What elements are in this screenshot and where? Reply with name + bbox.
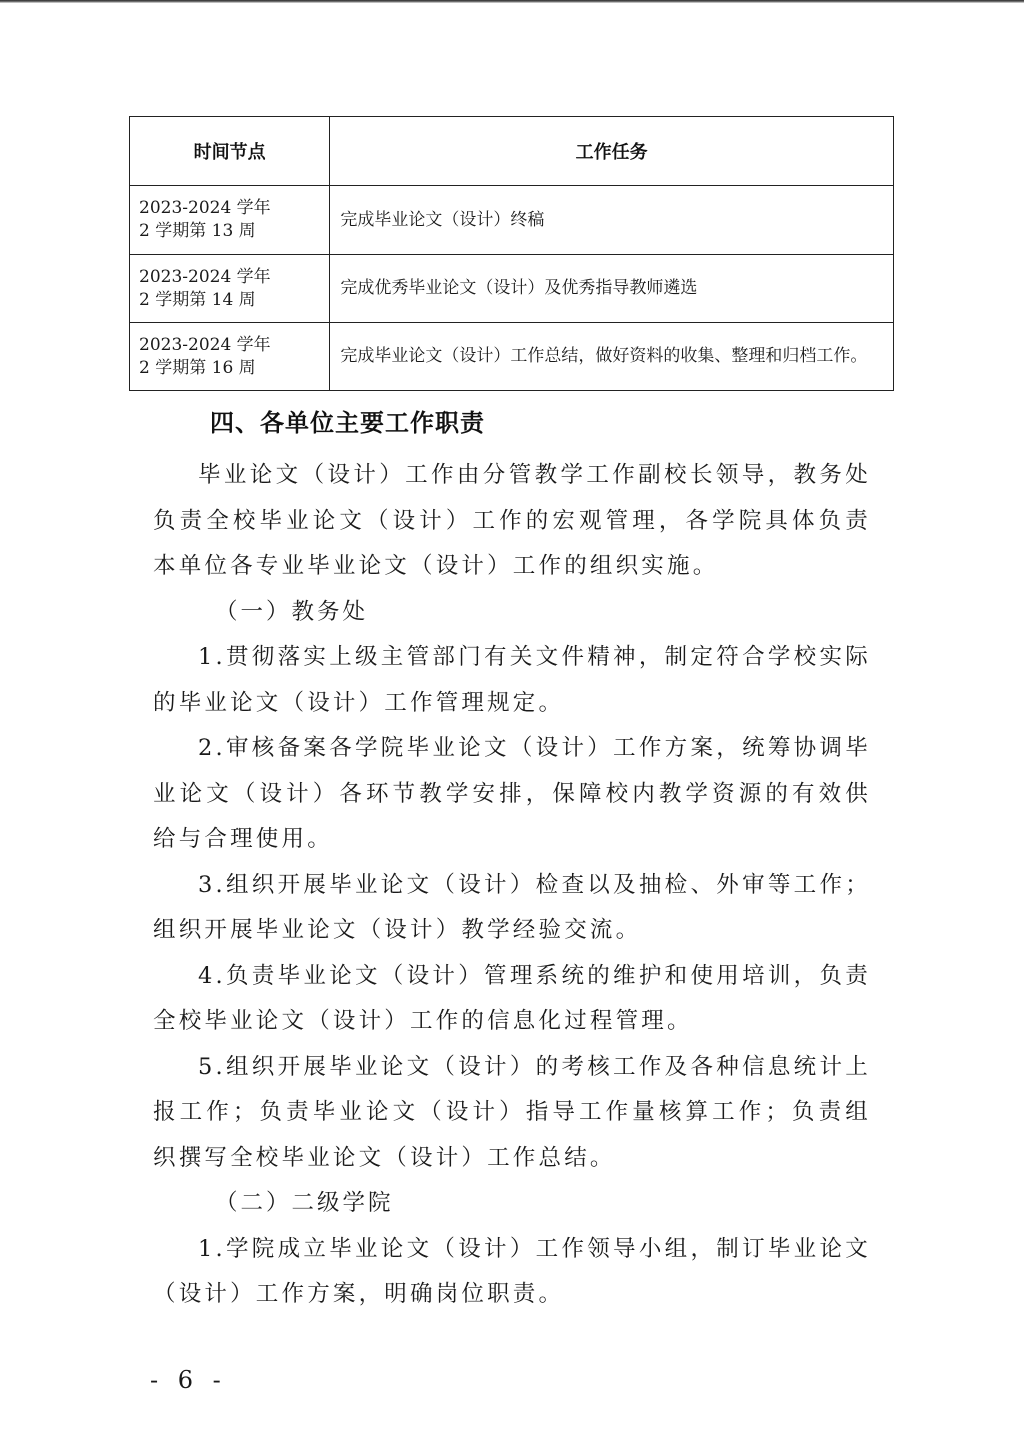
schedule-table: 时间节点 工作任务 2023-2024 学年 2 学期第 13 周 完成毕业论文…: [129, 116, 894, 391]
list-item: 5.组织开展毕业论文（设计）的考核工作及各种信息统计上报工作；负责毕业论文（设计…: [153, 1045, 871, 1182]
time-week: 2 学期第 16 周: [139, 357, 329, 380]
column-header-time: 时间节点: [130, 117, 330, 186]
column-header-task: 工作任务: [330, 117, 894, 186]
time-week: 2 学期第 13 周: [139, 220, 329, 243]
task-cell: 完成毕业论文（设计）终稿: [330, 186, 894, 255]
time-cell: 2023-2024 学年 2 学期第 14 周: [130, 255, 330, 323]
section-body: 毕业论文（设计）工作由分管教学工作副校长领导，教务处负责全校毕业论文（设计）工作…: [153, 453, 871, 1318]
scan-top-edge: [0, 0, 1024, 3]
list-item: 3.组织开展毕业论文（设计）检查以及抽检、外审等工作；组织开展毕业论文（设计）教…: [153, 863, 871, 954]
task-cell: 完成毕业论文（设计）工作总结，做好资料的收集、整理和归档工作。: [330, 323, 894, 391]
task-cell: 完成优秀毕业论文（设计）及优秀指导教师遴选: [330, 255, 894, 323]
subsection-title-academic-affairs: （一）教务处: [153, 590, 871, 636]
time-cell: 2023-2024 学年 2 学期第 16 周: [130, 323, 330, 391]
table-row: 2023-2024 学年 2 学期第 16 周 完成毕业论文（设计）工作总结，做…: [130, 323, 894, 391]
time-week: 2 学期第 14 周: [139, 289, 329, 312]
list-item: 1.学院成立毕业论文（设计）工作领导小组，制订毕业论文（设计）工作方案，明确岗位…: [153, 1227, 871, 1318]
section-heading: 四、各单位主要工作职责: [210, 403, 485, 438]
time-year: 2023-2024 学年: [139, 197, 329, 220]
list-item: 4.负责毕业论文（设计）管理系统的维护和使用培训，负责全校毕业论文（设计）工作的…: [153, 954, 871, 1045]
list-item: 2.审核备案各学院毕业论文（设计）工作方案，统筹协调毕业论文（设计）各环节教学安…: [153, 726, 871, 863]
table-row: 2023-2024 学年 2 学期第 13 周 完成毕业论文（设计）终稿: [130, 186, 894, 255]
table-row: 2023-2024 学年 2 学期第 14 周 完成优秀毕业论文（设计）及优秀指…: [130, 255, 894, 323]
time-year: 2023-2024 学年: [139, 334, 329, 357]
time-cell: 2023-2024 学年 2 学期第 13 周: [130, 186, 330, 255]
subsection-title-colleges: （二）二级学院: [153, 1181, 871, 1227]
page-number: - 6 -: [150, 1366, 227, 1394]
intro-paragraph: 毕业论文（设计）工作由分管教学工作副校长领导，教务处负责全校毕业论文（设计）工作…: [153, 453, 871, 590]
table-header-row: 时间节点 工作任务: [130, 117, 894, 186]
list-item: 1.贯彻落实上级主管部门有关文件精神，制定符合学校实际的毕业论文（设计）工作管理…: [153, 635, 871, 726]
time-year: 2023-2024 学年: [139, 266, 329, 289]
